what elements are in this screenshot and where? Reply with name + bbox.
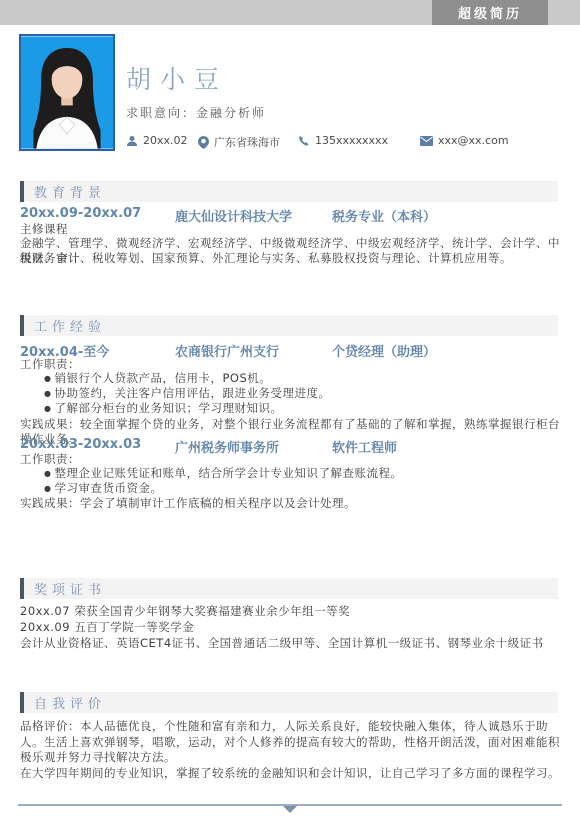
list-item: ●整理企业记账凭证和账单，结合所学会计专业知识了解查账流程。 xyxy=(44,466,564,481)
bullet-icon: ● xyxy=(44,374,51,383)
contact-email-text: xxx@xx.com xyxy=(438,134,509,147)
chevron-down-icon xyxy=(283,806,297,813)
contact-birthdate: 20xx.02 xyxy=(126,134,188,147)
contact-phone-text: 135xxxxxxxx xyxy=(315,134,388,147)
award-line: 20xx.07 荣获全国青少年钢琴大奖赛福建赛业余少年组一等奖 xyxy=(20,604,566,619)
contact-phone: 135xxxxxxxx xyxy=(298,134,388,147)
candidate-name: 胡小豆 xyxy=(126,60,228,96)
contact-location-text: 广东省珠海市 xyxy=(214,134,280,150)
brand-badge: 超级简历 xyxy=(432,0,548,25)
contact-row: 20xx.02 广东省珠海市 135xxxxxxxx xxx@xx.com xyxy=(126,134,566,152)
list-item: ●销银行个人贷款产品，信用卡，POS机。 xyxy=(44,371,564,386)
section-title-awards: 奖项证书 xyxy=(34,579,106,598)
contact-email: xxx@xx.com xyxy=(420,134,509,147)
section-title-education: 教育背景 xyxy=(34,182,106,201)
bullet-icon: ● xyxy=(44,404,51,413)
location-icon xyxy=(198,136,209,149)
award-line: 会计从业资格证、英语CET4证书、全国普通话二级甲等、全国计算机一级证书、钢琴业… xyxy=(20,636,566,651)
job-duty-label: 工作职责： xyxy=(20,357,566,372)
self-eval-paragraph: 在大学四年期间的专业知识，掌握了较系统的金融知识和会计知识，让自己学习了多方面的… xyxy=(20,766,566,782)
contact-location: 广东省珠海市 xyxy=(198,134,280,150)
section-title-experience: 工作经验 xyxy=(34,316,106,335)
job-duties-list: ●销银行个人贷款产品，信用卡，POS机。 ●协助签约，关注客户信用评估，跟进业务… xyxy=(44,371,564,416)
award-line: 20xx.09 五百丁学院一等奖学金 xyxy=(20,620,566,635)
courses-line-2: 税法、审计、税收筹划、国家预算、外汇理论与实务、私募股权投资与理论、计算机应用等… xyxy=(20,251,566,266)
job-objective: 求职意向：金融分析师 xyxy=(126,104,266,121)
section-header-awards: 奖项证书 xyxy=(20,578,558,599)
list-item: ●学习审查货币资金。 xyxy=(44,481,564,496)
portrait-illustration xyxy=(21,36,113,149)
person-icon xyxy=(126,135,138,147)
bullet-icon: ● xyxy=(44,469,51,478)
self-eval-paragraph: 品格评价：本人品德优良，个性随和富有亲和力，人际关系良好，能较快融入集体，待人诚… xyxy=(20,719,566,766)
profile-photo xyxy=(19,34,115,151)
section-header-education: 教育背景 xyxy=(20,181,558,202)
section-title-self-eval: 自我评价 xyxy=(34,693,106,712)
phone-icon xyxy=(298,135,310,147)
job-duty-label: 工作职责： xyxy=(20,452,566,467)
list-item: ●协助签约，关注客户信用评估，跟进业务受理进度。 xyxy=(44,386,564,401)
self-eval-text: 品格评价：本人品德优良，个性随和富有亲和力，人际关系良好，能较快融入集体，待人诚… xyxy=(20,719,566,781)
bullet-icon: ● xyxy=(44,389,51,398)
courses-label: 主修课程 xyxy=(20,222,566,237)
job-duties-list: ●整理企业记账凭证和账单，结合所学会计专业知识了解查账流程。 ●学习审查货币资金… xyxy=(44,466,564,496)
section-header-experience: 工作经验 xyxy=(20,315,558,336)
email-icon xyxy=(420,136,433,146)
list-item: ●了解部分柜台的业务知识；学习理财知识。 xyxy=(44,401,564,416)
contact-birthdate-text: 20xx.02 xyxy=(143,134,188,147)
job-result: 实践成果：学会了填制审计工作底稿的相关程序以及会计处理。 xyxy=(20,496,566,511)
bullet-icon: ● xyxy=(44,484,51,493)
section-header-self-eval: 自我评价 xyxy=(20,692,558,713)
